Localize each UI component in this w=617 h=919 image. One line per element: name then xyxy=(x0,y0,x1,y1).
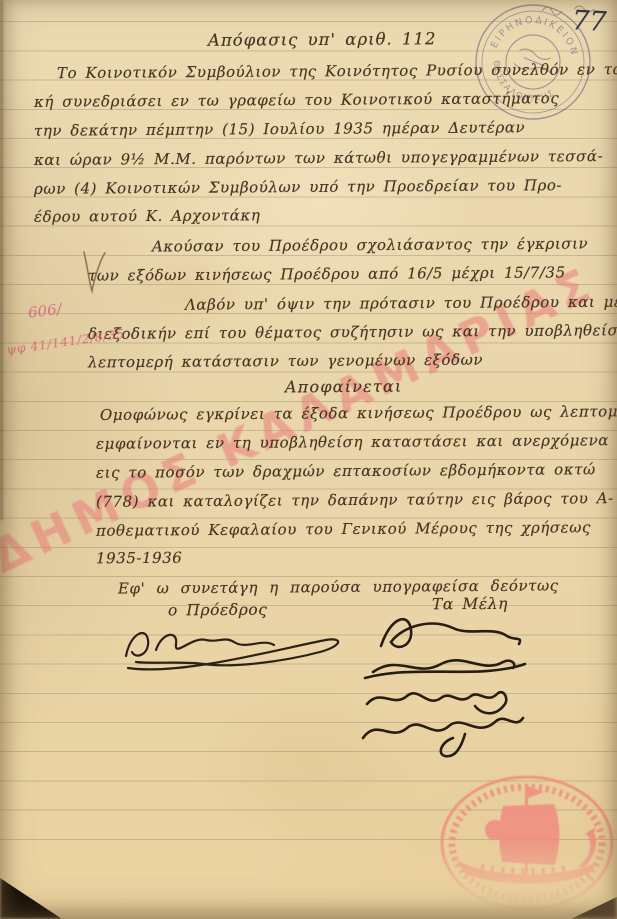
body-line: ρων (4) Κοινοτικών Συμβούλων υπό την Προ… xyxy=(34,176,562,198)
member-signatures xyxy=(345,606,585,766)
document-scan: ΔΗΜΟΣ ΚΑΛΑΜΑΡΙΑΣ ΕΙΡΗΝΟΔΙΚΕΙΟΝ ΘΕΣΣΑΛΟΝΙ… xyxy=(0,0,617,919)
decision-word: Αποφαίνεται xyxy=(285,377,403,397)
margin-checkmark xyxy=(78,248,108,296)
page-number: 77 xyxy=(571,5,607,38)
body-line: Ακούσαν του Προέδρου σχολιάσαντος την έγ… xyxy=(152,234,588,255)
body-line: 1935-1936 xyxy=(96,549,182,568)
body-line: εμφαίνονται εν τη υποβληθείση καταστάσει… xyxy=(96,431,609,453)
member-signature-3 xyxy=(367,692,506,713)
body-line: έδρου αυτού Κ. Αρχοντάκη xyxy=(34,206,260,226)
margin-note-number: 606/ xyxy=(27,300,63,322)
member-signature-2 xyxy=(365,660,525,678)
body-line: (778) και καταλογίζει την δαπάνην ταύτην… xyxy=(96,489,614,511)
body-line: εις το ποσόν των δραχμών επτακοσίων εβδο… xyxy=(96,460,596,481)
body-line: Ομοφώνως εγκρίνει τα έξοδα κινήσεως Προέ… xyxy=(100,402,617,424)
ship-oval-stamp xyxy=(437,768,617,918)
body-line: και ώραν 9½ Μ.Μ. παρόντων των κάτωθι υπο… xyxy=(34,147,603,169)
body-line: την δεκάτην πέμπτην (15) Ιουλίου 1935 ημ… xyxy=(34,118,525,139)
body-line: κή συνεδριάσει εν τω γραφείω του Κοινοτι… xyxy=(34,89,559,111)
scan-left-edge xyxy=(0,0,3,520)
president-signature xyxy=(112,612,362,682)
body-line: Λαβόν υπ' όψιν την πρότασιν του Προέδρου… xyxy=(185,292,617,313)
body-line: ποθεματικού Κεφαλαίου του Γενικού Μέρους… xyxy=(96,518,591,539)
body-line: λεπτομερή κατάστασιν των γενομένων εξόδω… xyxy=(88,351,483,372)
decision-heading: Απόφασις υπ' αριθ. 112 xyxy=(208,29,437,50)
scan-corner-bottom-left xyxy=(0,869,62,919)
body-line: διεξοδικήν επί του θέματος συζήτησιν ως … xyxy=(88,321,617,343)
member-signature-4 xyxy=(363,718,523,756)
body-line: Το Κοινοτικόν Συμβούλιον της Κοινότητος … xyxy=(57,60,617,82)
body-line: των εξόδων κινήσεως Προέδρου από 16/5 μέ… xyxy=(88,263,566,284)
member-signature-1 xyxy=(381,619,520,647)
